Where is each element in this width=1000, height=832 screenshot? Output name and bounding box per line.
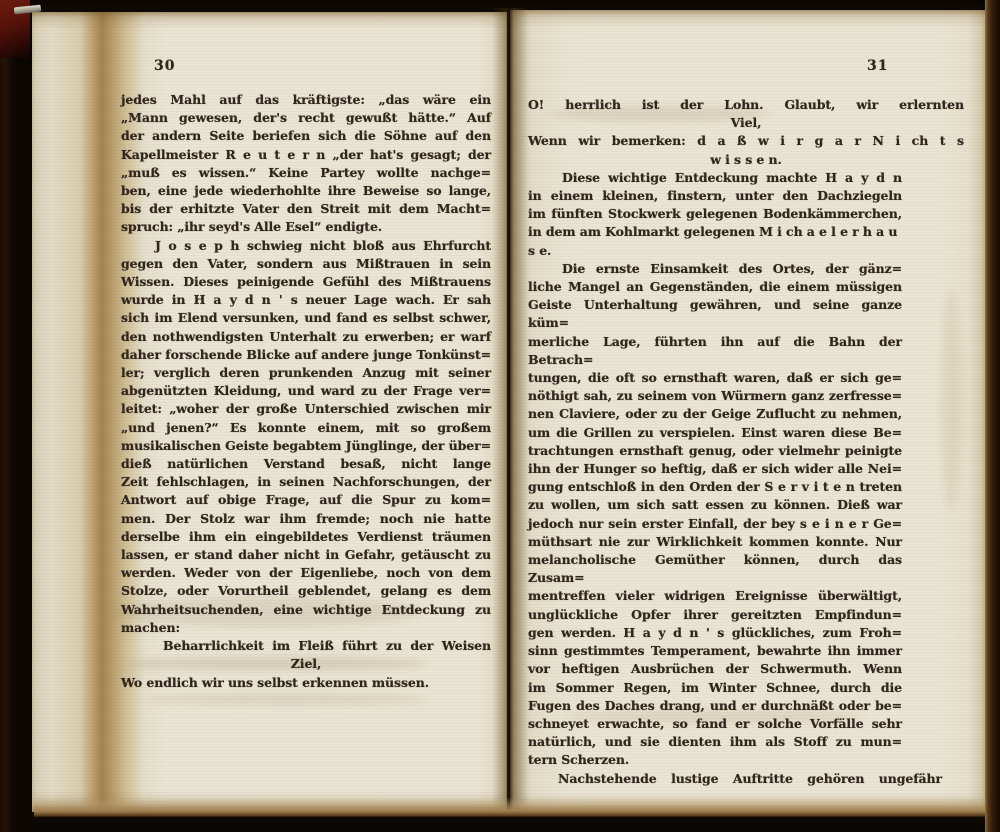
text-line: sinn gestimmtes Temperament, bewahrte ih…	[528, 642, 902, 660]
text-line: müthsart nie zur Wirklichkeit kommen kon…	[528, 533, 902, 551]
text-line: jedes Mahl auf das kräftigste: „das wäre…	[121, 91, 491, 109]
text-line: nöthigt sah, zu seinem von Würmern ganz …	[528, 387, 902, 405]
text-line: lassen, er stand daher nicht in Gefahr, …	[121, 546, 491, 564]
left-page: 30 jedes Mahl auf das kräftigste: „das w…	[32, 12, 507, 812]
text-line: Wissen. Dieses peinigende Gefühl des Miß…	[121, 273, 491, 291]
open-book-scan: 30 jedes Mahl auf das kräftigste: „das w…	[0, 0, 1000, 832]
text-line: in einem kleinen, finstern, unter den Da…	[528, 187, 902, 205]
text-line: tungen, die oft so ernsthaft waren, daß …	[528, 369, 902, 387]
text-line: Kapellmeister R e u t e r n „der hat's g…	[121, 146, 491, 164]
book-spine	[0, 0, 32, 832]
text-line: in dem am Kohlmarkt gelegenen M i ch a e…	[528, 223, 902, 259]
text-line: machen:	[121, 619, 491, 637]
stain	[147, 694, 427, 705]
text-line: „und jenen?“ Es konnte einem, mit so gro…	[121, 419, 491, 437]
text-line: nen Claviere, oder zu der Geige Zuflucht…	[528, 405, 902, 423]
text-line: Antwort auf obige Frage, auf die Spur zu…	[121, 491, 491, 509]
text-line: liche Mangel an Gegenständen, die einem …	[528, 278, 902, 296]
text-line: Wahrheitsuchenden, eine wichtige Entdeck…	[121, 601, 491, 619]
text-line: Diese wichtige Entdeckung machte H a y d…	[528, 169, 902, 187]
text-line: O! herrlich ist der Lohn. Glaubt, wir er…	[528, 96, 964, 114]
text-line: gegen den Vater, sondern aus Mißtrauen i…	[121, 255, 491, 273]
text-line: Wo endlich wir uns selbst erkennen müsse…	[121, 674, 491, 692]
text-line: spruch: „ihr seyd's Alle Esel“ endigte.	[121, 218, 491, 236]
text-line: melancholische Gemüther können, durch da…	[528, 551, 902, 587]
text-line: Ziel,	[121, 655, 491, 673]
page-number: 30	[154, 58, 175, 74]
text-line: sich im Elend versunken, und fand es sel…	[121, 309, 491, 327]
text-line: schneyet erwachte, so fand er solche Vor…	[528, 715, 902, 733]
text-line: tern Scherzen.	[528, 751, 902, 769]
text-line: gen werden. H a y d n ' s glückliches, z…	[528, 624, 902, 642]
text-line: trachtungen ernsthaft genug, oder vielme…	[528, 442, 902, 460]
text-line: wurde in H a y d n ' s neuer Lage wach. …	[121, 291, 491, 309]
text-line: Zeit fehlschlagen, in seinen Nachforschu…	[121, 473, 491, 491]
text-line: vor heftigen Ausbrüchen der Schwermuth. …	[528, 660, 902, 678]
text-line: daher forschende Blicke auf andere junge…	[121, 346, 491, 364]
text-line: der andern Seite beriefen sich die Söhne…	[121, 127, 491, 145]
text-line: Wenn wir bemerken: d a ß w i r g a r N i…	[528, 132, 964, 150]
text-line: den nothwendigsten Unterhalt zu erwerben…	[121, 328, 491, 346]
text-line: unglückliche Opfer ihrer gereitzten Empf…	[528, 606, 902, 624]
right-page: 31 O! herrlich ist der Lohn. Glaubt, wir…	[510, 10, 986, 814]
text-line: mentreffen vieler widrigen Ereignisse üb…	[528, 587, 902, 605]
right-book-edge	[985, 0, 1000, 832]
text-line: musikalischen Geiste begabtem Jünglinge,…	[121, 437, 491, 455]
text-line: Die ernste Einsamkeit des Ortes, der gän…	[528, 260, 902, 278]
text-line: men. Der Stolz war ihm fremde; noch nie …	[121, 510, 491, 528]
stain	[940, 290, 962, 510]
text-line: Fugen des Daches drang, und er durchnäßt…	[528, 697, 902, 715]
page-number: 31	[867, 58, 888, 74]
text-line: Nachstehende lustige Auftritte gehören u…	[528, 770, 942, 788]
text-line: zu wollen, um sich satt essen zu können.…	[528, 496, 902, 514]
text-line: w i s s e n.	[528, 151, 964, 169]
text-line: ler; verglich deren prunkenden Anzug mit…	[121, 364, 491, 382]
text-line: dieß natürlichen Verstand besaß, nicht l…	[121, 455, 491, 473]
text-line: natürlich, und sie dienten ihm als Stoff…	[528, 733, 902, 751]
text-line: jedoch nur sein erster Einfall, der bey …	[528, 515, 902, 533]
text-line: ihn der Hunger so heftig, daß er sich wi…	[528, 460, 902, 478]
text-line: um die Grillen zu verspielen. Einst ware…	[528, 424, 902, 442]
text-line: Beharrlichkeit im Fleiß führt zu der Wei…	[121, 637, 491, 655]
text-line: werden. Weder von der Eigenliebe, noch v…	[121, 564, 491, 582]
text-line: J o s e p h schwieg nicht bloß aus Ehrfu…	[121, 237, 491, 255]
text-line: bis der erhitzte Vater den Streit mit de…	[121, 200, 491, 218]
text-line: Stolze, oder Vorurtheil geblendet, gelan…	[121, 582, 491, 600]
text-line: ben, eine jede wiederhohlte ihre Beweise…	[121, 182, 491, 200]
text-line: leitet: „woher der große Unterschied zwi…	[121, 400, 491, 418]
text-line: derselbe ihm ein eingebildetes Verdienst…	[121, 528, 491, 546]
text-line: im Sommer Regen, im Winter Schnee, durch…	[528, 679, 902, 697]
text-line: im fünften Stockwerk gelegenen Bodenkämm…	[528, 205, 902, 223]
text-line: „Mann gewesen, der's recht gewußt hätte.…	[121, 109, 491, 127]
text-line: „muß es wissen.“ Keine Partey wollte nac…	[121, 164, 491, 182]
text-line: abgenützten Kleidung, und ward zu der Fr…	[121, 382, 491, 400]
text-line: Viel,	[528, 114, 964, 132]
text-line: gung entschloß in den Orden der S e r v …	[528, 478, 902, 496]
text-line: Geiste Unterhaltung gewähren, und seine …	[528, 296, 902, 332]
text-line: merliche Lage, führten ihn auf die Bahn …	[528, 333, 902, 369]
left-page-text: jedes Mahl auf das kräftigste: „das wäre…	[121, 91, 491, 692]
right-page-text: O! herrlich ist der Lohn. Glaubt, wir er…	[528, 96, 902, 788]
